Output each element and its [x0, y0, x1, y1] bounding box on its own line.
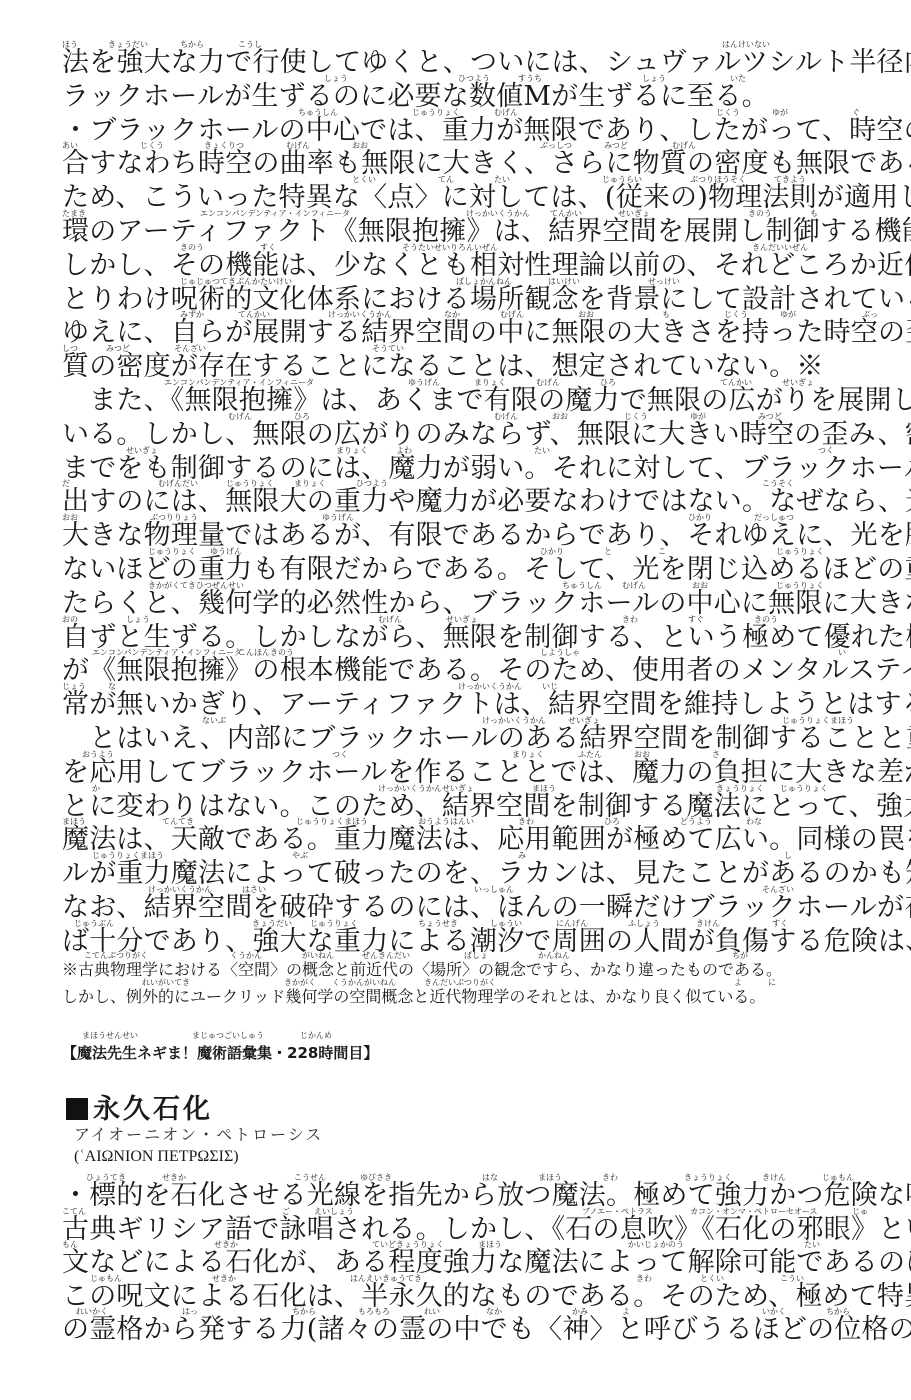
furigana: まじゅつごいしゅう [192, 1031, 264, 1041]
document-page: ほうきょうだいちからこうしはんけいない法を強大な力で行使してゆくと、ついには、シ… [0, 0, 911, 1400]
entry-greek-name: (ʿΑΙΩΝΙΟΝ ΠΕΤΡΩΣΙΣ) [74, 1148, 239, 1166]
series-title: 【魔法先生ネギま！魔術語彙集・228時間目】 [62, 1042, 378, 1063]
entry-heading-text: 永久石化 [93, 1094, 213, 1125]
entry-heading: 永久石化 [66, 1087, 213, 1126]
furigana: まほうせんせい [82, 1031, 138, 1041]
footnote-line: しかし、例外的にユークリッド幾何学の空間概念と近代物理学のそれとは、かなり良く似… [62, 987, 765, 1007]
furigana: に [768, 978, 776, 988]
footnote-line: ※古典物理学における〈空間〉の概念と前近代の〈場所〉の観念ですら、かなり違ったも… [62, 960, 782, 980]
furigana: じかんめ [300, 1031, 332, 1041]
black-square-icon [66, 1098, 88, 1120]
entry-text-line: の霊格から発する力(諸々の霊の中でも〈神〉と呼びうるほどの位格の力)を [62, 1315, 864, 1345]
series-title-ruby: まほうせんせいまじゅつごいしゅうじかんめ [62, 1031, 864, 1041]
entry-reading: アイオーニオン・ペトローシス [74, 1122, 323, 1145]
